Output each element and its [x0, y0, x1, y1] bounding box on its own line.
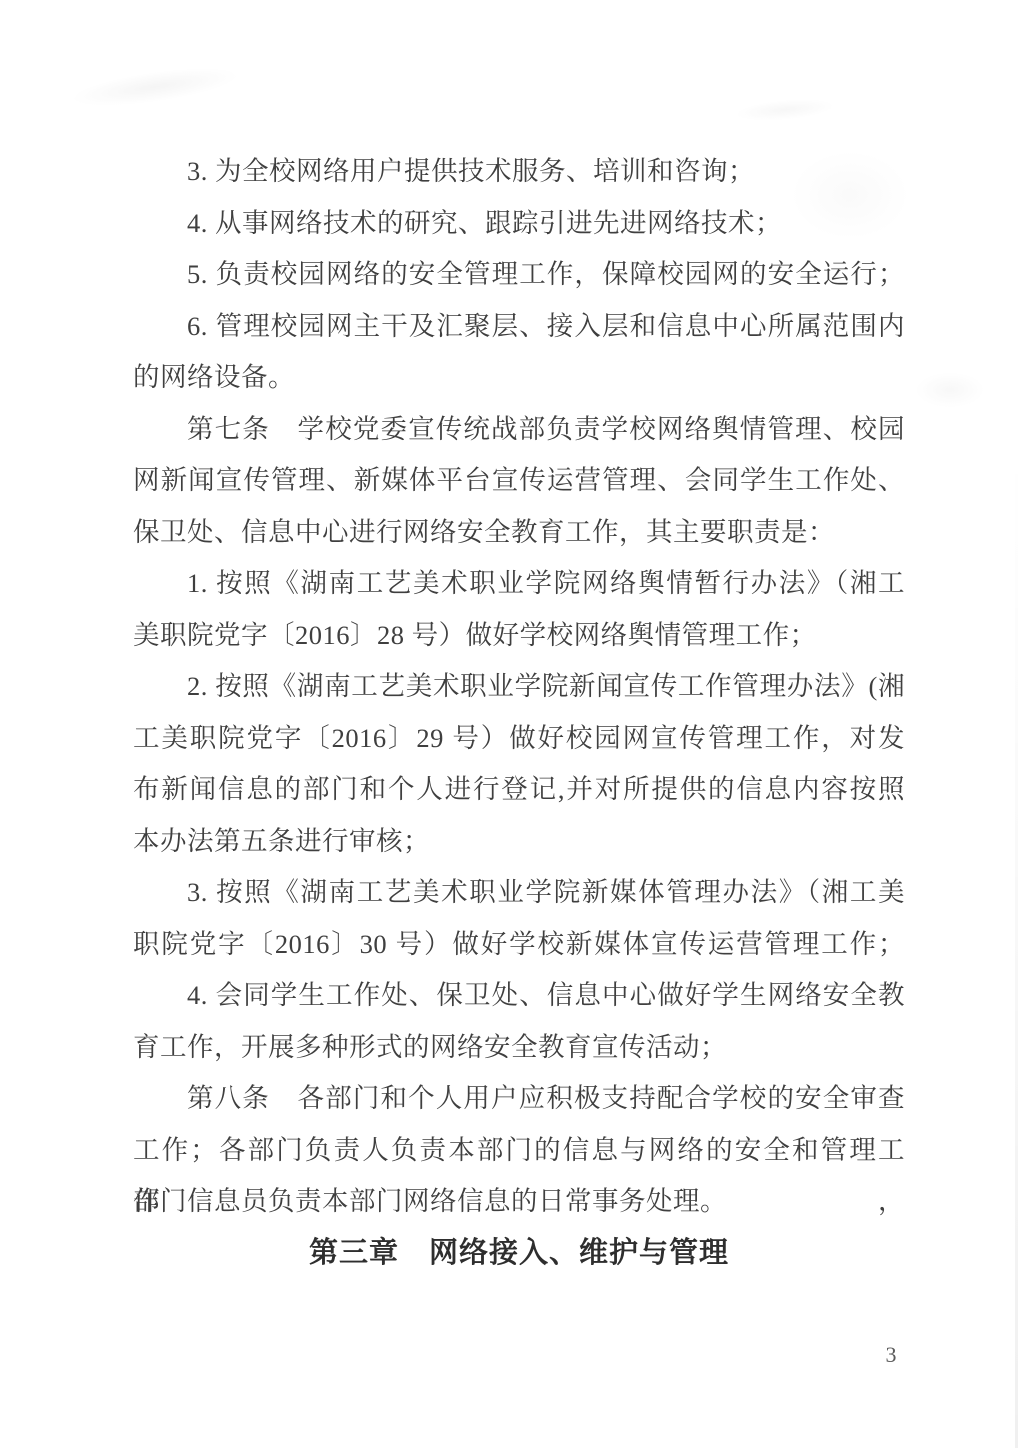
scan-smudge: [915, 372, 985, 408]
document-page: 3. 为全校网络用户提供技术服务、培训和咨询； 4. 从事网络技术的研究、跟踪引…: [0, 0, 1024, 1448]
scan-smudge: [734, 96, 835, 125]
document-line: 网新闻宣传管理、新媒体平台宣传运营管理、会同学生工作处、: [133, 455, 905, 507]
scan-smudge: [69, 60, 242, 113]
document-line: 第七条 学校党委宣传统战部负责学校网络舆情管理、校园: [133, 404, 905, 456]
document-line: 本办法第五条进行审核；: [133, 816, 905, 868]
document-line: 工作；各部门负责人负责本部门的信息与网络的安全和管理工作，: [133, 1125, 905, 1177]
document-line: 5. 负责校园网络的安全管理工作，保障校园网的安全运行；: [133, 249, 905, 301]
document-line: 育工作，开展多种形式的网络安全教育宣传活动；: [133, 1022, 905, 1074]
scan-edge-artifact: [1015, 440, 1018, 1448]
document-line: 美职院党字〔2016〕28 号）做好学校网络舆情管理工作；: [133, 610, 905, 662]
document-line: 3. 为全校网络用户提供技术服务、培训和咨询；: [133, 146, 905, 198]
document-line: 保卫处、信息中心进行网络安全教育工作，其主要职责是：: [133, 507, 905, 559]
document-text: 3. 为全校网络用户提供技术服务、培训和咨询； 4. 从事网络技术的研究、跟踪引…: [133, 146, 905, 1279]
document-line: 职院党字〔2016〕30 号）做好学校新媒体宣传运营管理工作；: [133, 919, 905, 971]
document-line: 1. 按照《湖南工艺美术职业学院网络舆情暂行办法》（湘工: [133, 558, 905, 610]
document-line: 工美职院党字〔2016〕29 号）做好校园网宣传管理工作，对发: [133, 713, 905, 765]
document-line: 的网络设备。: [133, 352, 905, 404]
document-line: 4. 会同学生工作处、保卫处、信息中心做好学生网络安全教: [133, 970, 905, 1022]
document-line: 第八条 各部门和个人用户应积极支持配合学校的安全审查: [133, 1073, 905, 1125]
document-line: 布新闻信息的部门和个人进行登记,并对所提供的信息内容按照: [133, 764, 905, 816]
document-line: 3. 按照《湖南工艺美术职业学院新媒体管理办法》（湘工美: [133, 867, 905, 919]
document-line: 6. 管理校园网主干及汇聚层、接入层和信息中心所属范围内: [133, 301, 905, 353]
document-line: 2. 按照《湖南工艺美术职业学院新闻宣传工作管理办法》(湘: [133, 661, 905, 713]
document-line: 4. 从事网络技术的研究、跟踪引进先进网络技术；: [133, 198, 905, 250]
chapter-heading: 第三章 网络接入、维护与管理: [133, 1228, 905, 1280]
page-number: 3: [876, 1340, 906, 1370]
